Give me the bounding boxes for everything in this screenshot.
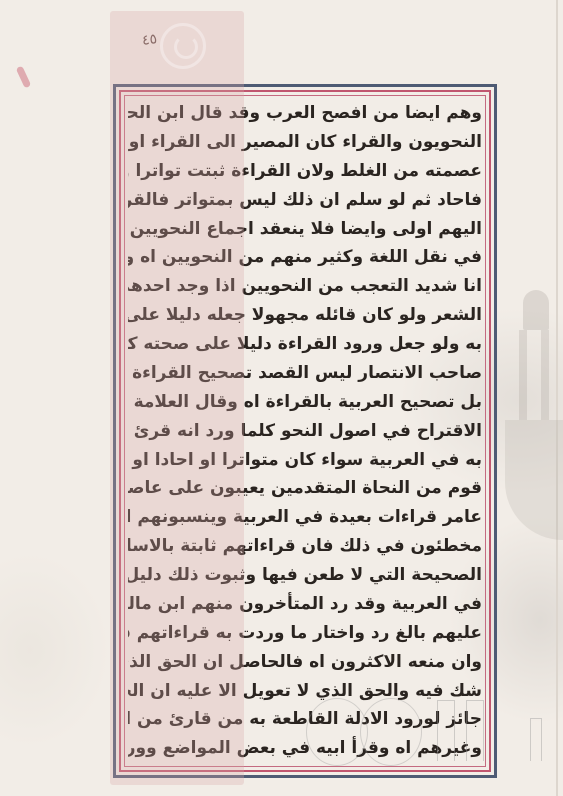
ink-stain-mark xyxy=(16,66,32,89)
text-line: به ولو جعل ورود القراءة دليلا على صحته ك… xyxy=(128,329,482,358)
text-line: وغيرهم اه وقرأ ابيه في بعض المواضع وورد … xyxy=(128,733,482,762)
text-line: صاحب الانتصار ليس القصد تصحيح القراءة با… xyxy=(128,358,482,387)
manuscript-page: وهم ايضا من افصح العرب وقد قال ابن الحاج… xyxy=(0,0,563,796)
text-line: عليهم بالغ رد واختار ما وردت به قراءاتهم… xyxy=(128,618,482,647)
text-line: انا شديد التعجب من النحويين اذا وجد احده… xyxy=(128,271,482,300)
text-line: بل تصحيح العربية بالقراءة اه وقال العلام… xyxy=(128,387,482,416)
text-line: مخطئون في ذلك فان قراءاتهم ثابتة بالاسان… xyxy=(128,531,482,560)
text-line: في نقل اللغة وكثير منهم من النحويين اه و… xyxy=(128,242,482,271)
text-line: وهم ايضا من افصح العرب وقد قال ابن الحاج… xyxy=(128,98,482,127)
text-line: به في العربية سواء كان متواترا او احادا … xyxy=(128,445,482,474)
circular-logo-icon xyxy=(160,23,206,69)
text-line: الاقتراح في اصول النحو كلما ورد انه قرئ … xyxy=(128,416,482,445)
show-through-ornament xyxy=(505,290,563,580)
text-line: وان منعه الاكثرون اه فالحاصل ان الحق الذ… xyxy=(128,647,482,676)
text-line: الصحيحة التي لا طعن فيها وثبوت ذلك دليل … xyxy=(128,560,482,589)
text-line: فاحاد ثم لو سلم ان ذلك ليس بمتواتر فالقر… xyxy=(128,185,482,214)
text-line: جائز لورود الادلة القاطعة به من قارئ من … xyxy=(128,704,482,733)
text-line: شك فيه والحق الذي لا تعويل الا عليه ان ا… xyxy=(128,676,482,705)
watermark-bar-icon xyxy=(530,718,542,761)
page-number: ٤٥ xyxy=(141,31,158,49)
text-line: اليهم اولى وايضا فلا ينعقد اجماع النحويي… xyxy=(128,214,482,243)
text-line: النحويون والقراء كان المصير الى القراء ا… xyxy=(128,127,482,156)
text-line: في العربية وقد رد المتأخرون منهم ابن مال… xyxy=(128,589,482,618)
text-line: عامر قراءات بعيدة في العربية وينسبونهم ا… xyxy=(128,502,482,531)
text-line: عصمته من الغلط ولان القراءة ثبتت تواترا … xyxy=(128,156,482,185)
text-line: الشعر ولو كان قائله مجهولا جعله دليلا عل… xyxy=(128,300,482,329)
manuscript-text-block: وهم ايضا من افصح العرب وقد قال ابن الحاج… xyxy=(128,98,482,762)
text-line: قوم من النحاة المتقدمين يعيبون على عاصم … xyxy=(128,473,482,502)
